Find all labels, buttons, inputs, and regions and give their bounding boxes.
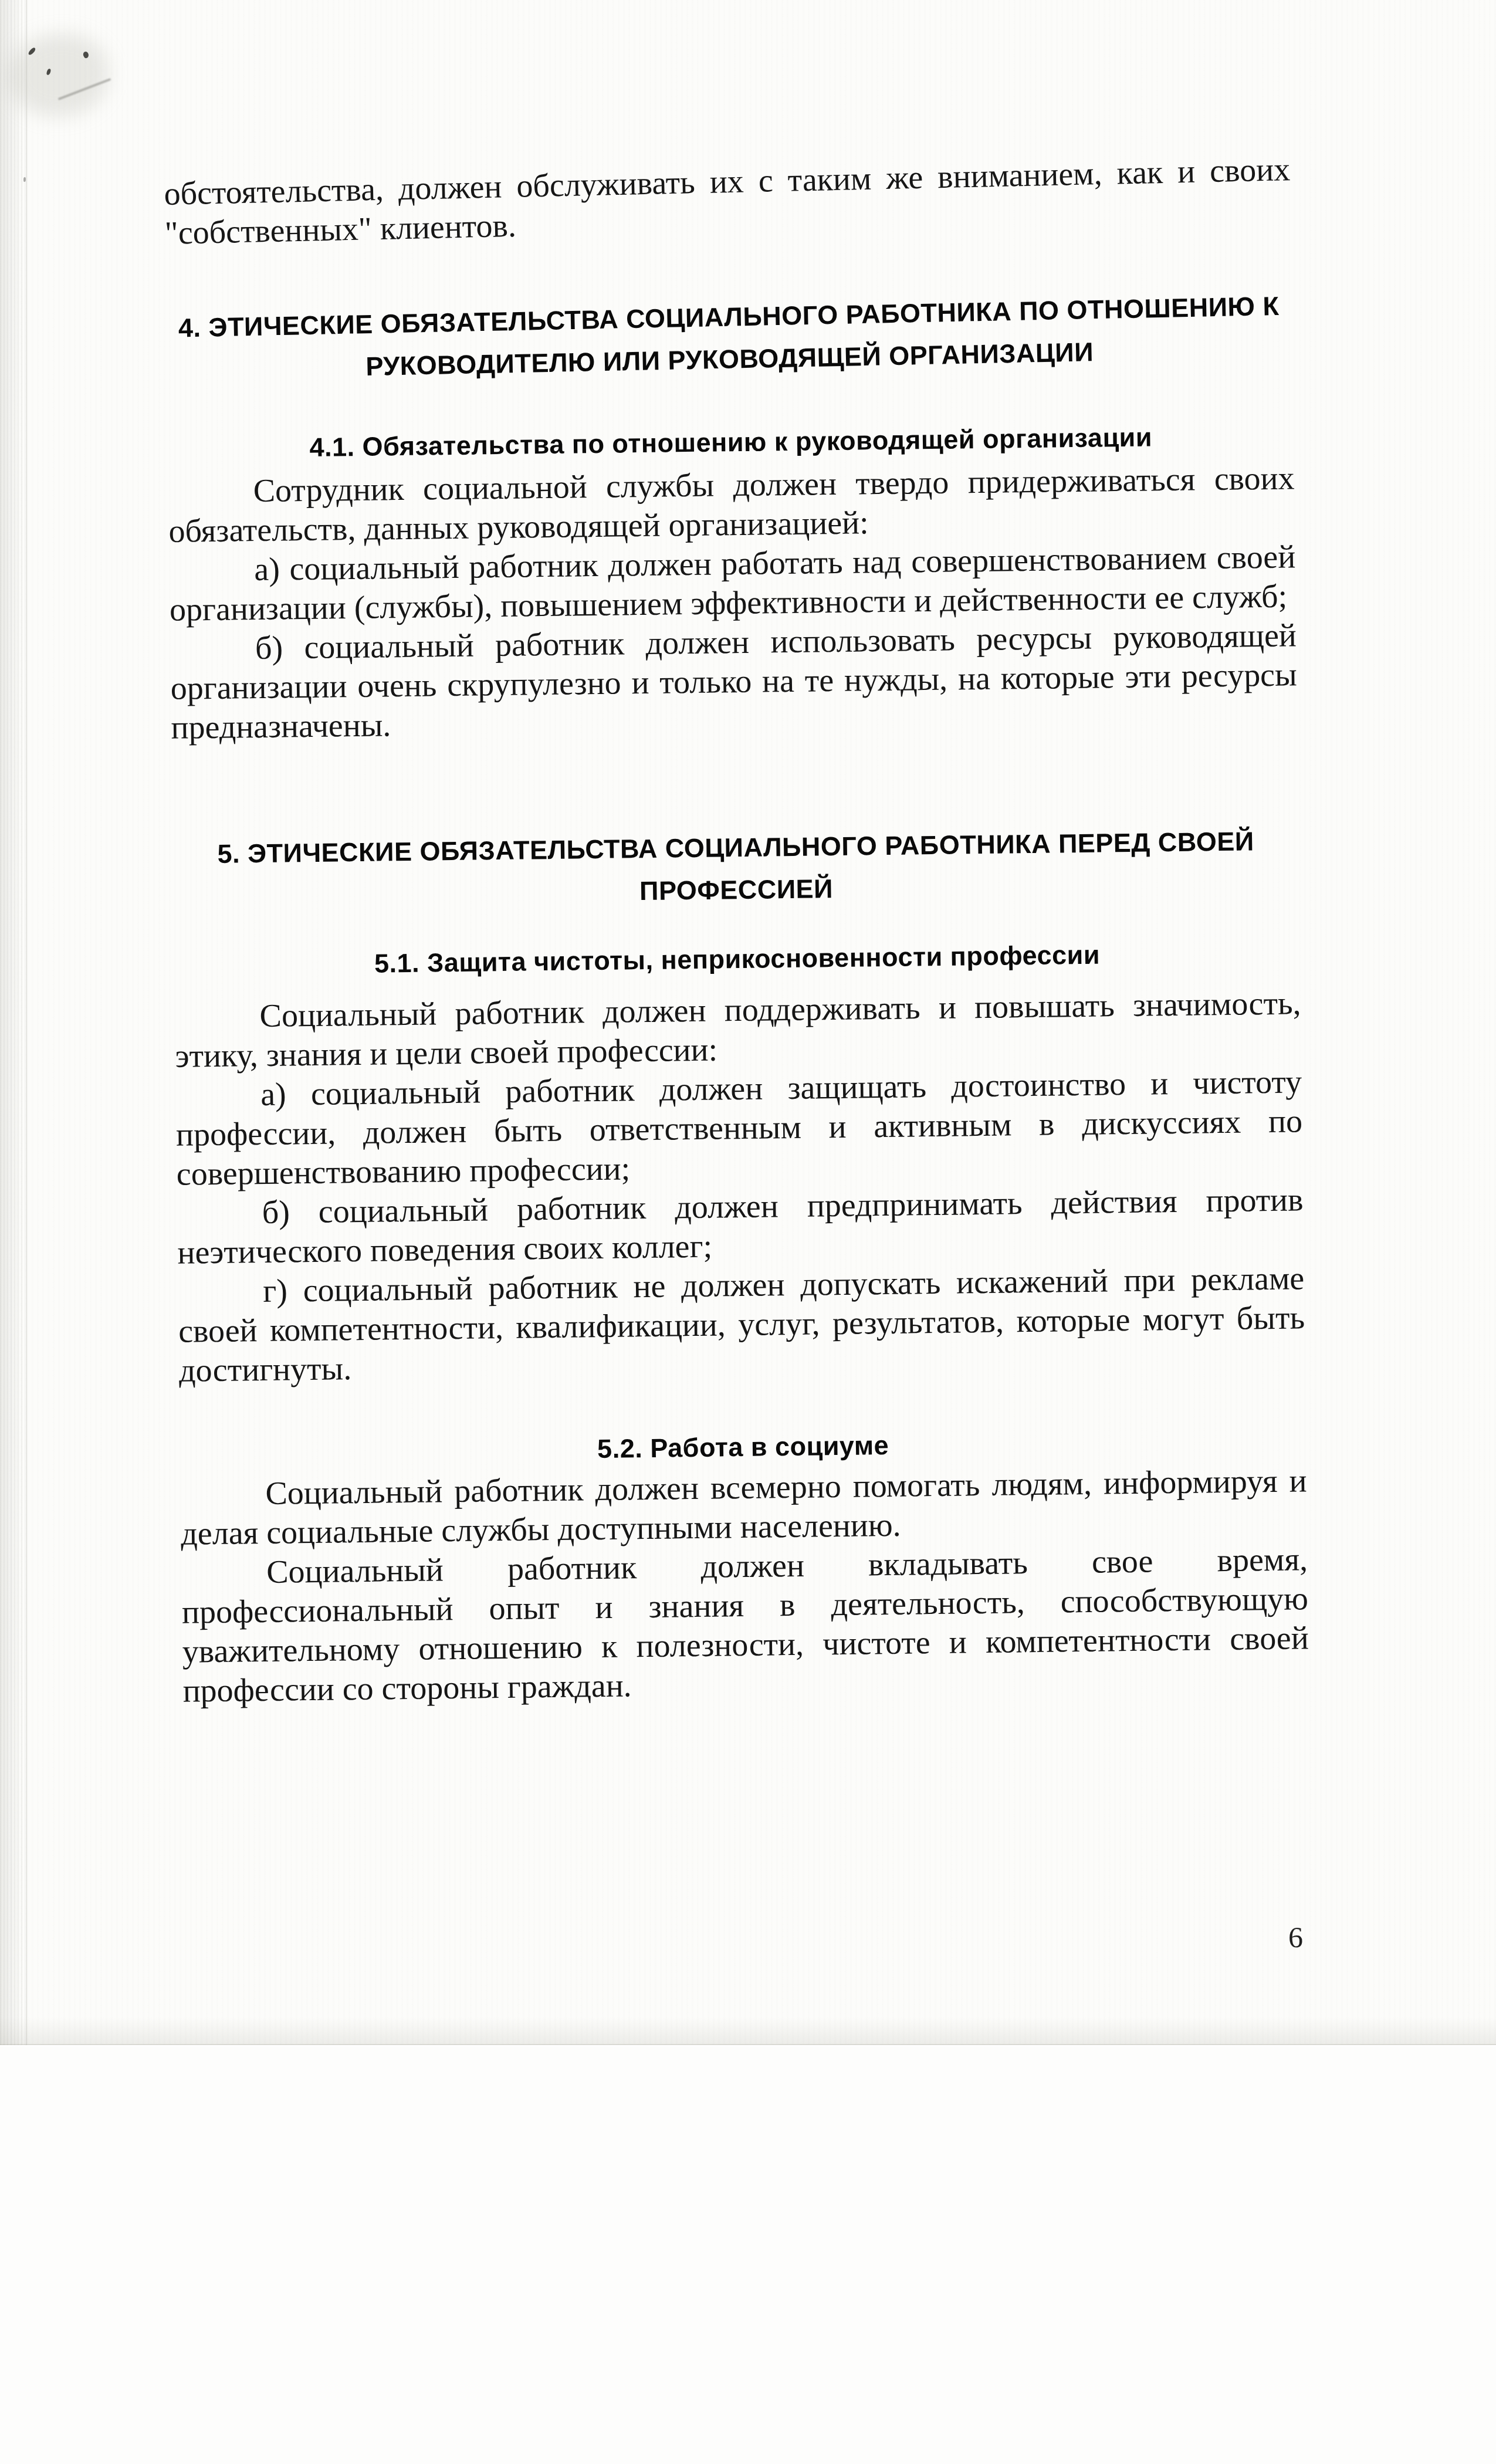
paragraph-4-1-intro: Сотрудник социальной службы должен тверд… <box>168 459 1295 551</box>
paragraph-5-1-item-b: б) социальный работник должен предприним… <box>177 1180 1304 1272</box>
paragraph-5-1-item-g: г) социальный работник не должен допуска… <box>178 1259 1305 1390</box>
scan-bottom-shadow <box>0 2017 1496 2045</box>
paragraph-5-2-first: Социальный работник должен всемерно помо… <box>180 1461 1307 1553</box>
paragraph-4-1-item-b: б) социальный работник должен использова… <box>170 616 1298 747</box>
page-number: 6 <box>1288 1920 1303 1955</box>
paragraph-5-2-second: Социальный работник должен вкладывать св… <box>181 1540 1309 1711</box>
document-content: обстоятельства, должен обслуживать их с … <box>164 161 1309 1711</box>
section-4-heading: 4. ЭТИЧЕСКИЕ ОБЯЗАТЕЛЬСТВА СОЦИАЛЬНОГО Р… <box>165 285 1294 392</box>
scan-left-edge-shadow <box>0 0 27 2045</box>
paragraph-5-1-intro: Социальный работник должен поддерживать … <box>174 984 1301 1076</box>
paragraph-5-1-item-a: а) социальный работник должен защищать д… <box>175 1062 1303 1194</box>
subsection-5-1-heading: 5.1. Защита чистоты, неприкосновенности … <box>174 931 1301 987</box>
paragraph-4-1-item-a: а) социальный работник должен работать н… <box>169 537 1296 629</box>
background-below-scan <box>0 2046 1496 2464</box>
scan-corner-smudge <box>8 34 108 116</box>
continuation-paragraph: обстоятельства, должен обслуживать их с … <box>164 150 1291 253</box>
scanned-page: обстоятельства, должен обслуживать их с … <box>0 0 1496 2045</box>
section-5-heading: 5. ЭТИЧЕСКИЕ ОБЯЗАТЕЛЬСТВА СОЦИАЛЬНОГО Р… <box>172 820 1300 918</box>
